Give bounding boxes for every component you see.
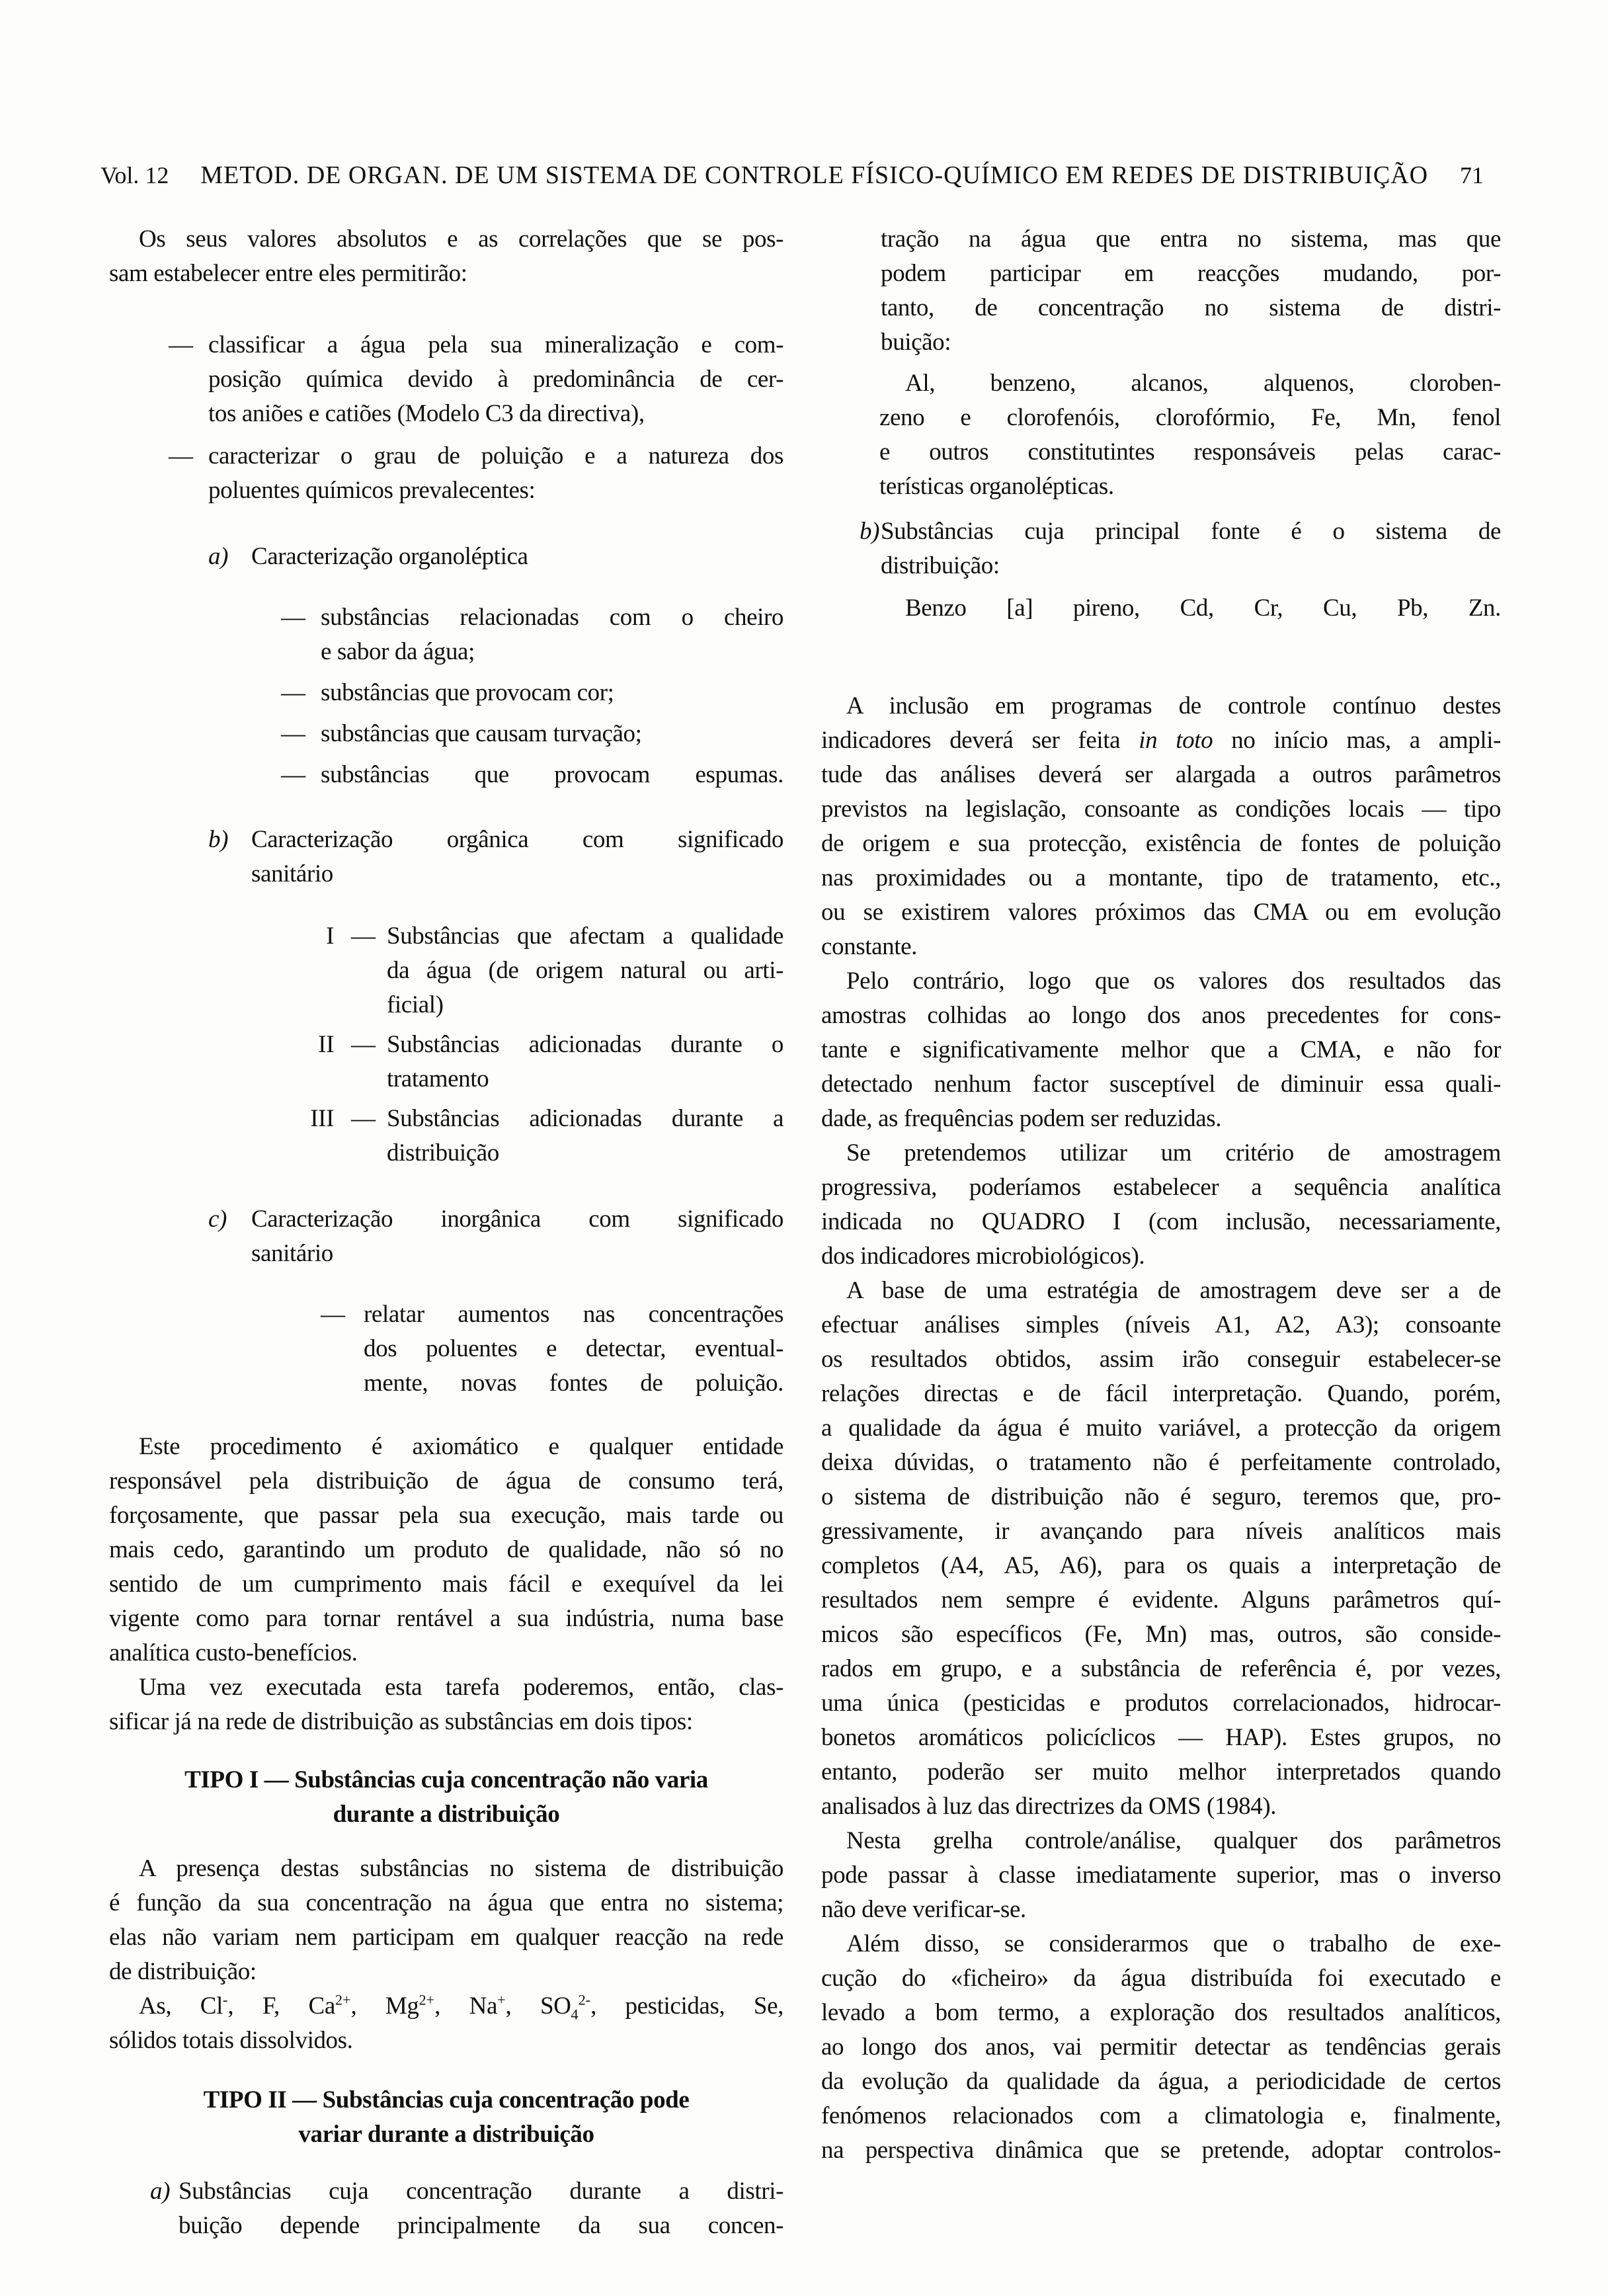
text-line: Caracterização orgânica com significado xyxy=(251,823,784,857)
paragraph: Pelo contrário, logo que os valores dos … xyxy=(821,964,1501,1136)
ion-formula-line: As, Cl-, F, Ca2+, Mg2+, Na+, SO42-, pest… xyxy=(109,1989,784,2024)
dash-marker: — xyxy=(281,676,305,710)
text-line: buição depende principalmente da sua con… xyxy=(179,2209,784,2243)
text-fragment: indicadores deverá ser feita xyxy=(821,727,1139,754)
text-line: de origem e sua protecção, existência de… xyxy=(821,827,1501,861)
text-line: tanto, de concentração no sistema de dis… xyxy=(881,291,1501,325)
heading-line: durante a distribuição xyxy=(109,1797,784,1832)
text-line: Al, benzeno, alcanos, alquenos, cloroben… xyxy=(879,366,1501,401)
text-fragment: , Na xyxy=(434,1992,497,2020)
item-label: b) xyxy=(208,823,228,857)
text-line: substâncias que causam turvação; xyxy=(321,717,784,751)
text-line: da água (de origem natural ou arti- xyxy=(387,954,784,988)
text-line: indicadores deverá ser feita in toto no … xyxy=(821,723,1501,758)
list-item-b: b) Substâncias cuja principal fonte é o … xyxy=(821,514,1501,583)
text-line: resultados nem sempre é evidente. Alguns… xyxy=(821,1583,1501,1618)
text-line: tratamento xyxy=(387,1062,784,1096)
text-line: podem participar em reacções mudando, po… xyxy=(881,257,1501,291)
text-line: relatar aumentos nas concentrações xyxy=(364,1297,784,1332)
superscript: 2+ xyxy=(335,1992,351,2008)
text-line: ou se existirem valores próximos das CMA… xyxy=(821,895,1501,930)
list-item-c: c) Caracterização inorgânica com signifi… xyxy=(109,1202,784,1271)
text-line: sam estabelecer entre eles permitirão: xyxy=(109,257,784,291)
roman-numeral: I xyxy=(268,919,334,954)
text-line: levado a bom termo, a exploração dos res… xyxy=(821,1996,1501,2030)
section-heading-tipo1: TIPO I — Substâncias cuja concentração n… xyxy=(109,1763,784,1832)
item-label: a) xyxy=(208,540,228,574)
item-continuation: tração na água que entra no sistema, mas… xyxy=(821,222,1501,360)
text-line: posição química devido à predominância d… xyxy=(208,362,784,397)
text-line: pode passar à classe imediatamente super… xyxy=(821,1858,1501,1893)
paragraph: A inclusão em programas de controle cont… xyxy=(821,689,1501,964)
text-line: progressiva, poderíamos estabelecer a se… xyxy=(821,1170,1501,1205)
dash-marker: — xyxy=(281,600,305,635)
text-line: tante e significativamente melhor que a … xyxy=(821,1033,1501,1067)
text-line: terísticas organolépticas. xyxy=(879,470,1501,504)
dash-marker: — xyxy=(351,919,376,954)
text-line: ao longo dos anos, vai permitir detectar… xyxy=(821,2030,1501,2065)
text-line: Caracterização organoléptica xyxy=(251,540,784,574)
roman-numeral: III xyxy=(268,1102,334,1136)
text-line: distribuição: xyxy=(881,549,1501,583)
text-line: ficial) xyxy=(387,988,784,1022)
text-line: relações directas e de fácil interpretaç… xyxy=(821,1377,1501,1411)
item-label: c) xyxy=(208,1202,227,1237)
italic-phrase: in toto xyxy=(1139,727,1213,754)
superscript: + xyxy=(497,1992,506,2008)
text-line: Se pretendemos utilizar um critério de a… xyxy=(821,1136,1501,1170)
paragraph: Nesta grelha controle/análise, qualquer … xyxy=(821,1824,1501,1927)
dash-marker: — xyxy=(281,758,305,792)
text-line: Substâncias adicionadas durante a xyxy=(387,1102,784,1136)
text-line: na perspectiva dinâmica que se pretende,… xyxy=(821,2133,1501,2168)
text-line: Uma vez executada esta tarefa poderemos,… xyxy=(109,1670,784,1705)
roman-list-item: II — Substâncias adicionadas durante o t… xyxy=(109,1028,784,1096)
text-line: entanto, poderão ser muito melhor interp… xyxy=(821,1755,1501,1789)
text-line: a qualidade da água é muito variável, a … xyxy=(821,1411,1501,1446)
text-line: gressivamente, ir avançando para níveis … xyxy=(821,1514,1501,1549)
roman-list-item: III — Substâncias adicionadas durante a … xyxy=(109,1102,784,1170)
text-line: bonetos aromáticos policíclicos — HAP). … xyxy=(821,1721,1501,1755)
item-label: b) xyxy=(860,514,879,549)
text-line: elas não variam nem participam em qualqu… xyxy=(109,1920,784,1955)
text-line: não deve verificar-se. xyxy=(821,1893,1501,1927)
dash-marker: — xyxy=(169,328,193,362)
text-line: e outros constitutintes responsáveis pel… xyxy=(879,435,1501,470)
paragraph: A presença destas substâncias no sistema… xyxy=(109,1852,784,1989)
text-line: Pelo contrário, logo que os valores dos … xyxy=(821,964,1501,999)
text-line: uma única (pesticidas e produtos correla… xyxy=(821,1686,1501,1721)
section-heading-tipo2: TIPO II — Substâncias cuja concentração … xyxy=(109,2083,784,2152)
text-line: vigente como para tornar rentável a sua … xyxy=(109,1602,784,1636)
text-line: dos poluentes e detectar, eventual- xyxy=(364,1332,784,1366)
substance-list: Al, benzeno, alcanos, alquenos, cloroben… xyxy=(821,366,1501,504)
superscript: 2+ xyxy=(419,1992,435,2008)
volume-label: Vol. 12 xyxy=(100,161,169,189)
text-line: dos indicadores microbiológicos). xyxy=(821,1239,1501,1274)
text-line: tração na água que entra no sistema, mas… xyxy=(881,222,1501,257)
text-line: da evolução da qualidade da água, a peri… xyxy=(821,2065,1501,2099)
text-line: Os seus valores absolutos e as correlaçõ… xyxy=(109,222,784,257)
list-item: — caracterizar o grau de poluição e a na… xyxy=(109,439,784,508)
text-line: deixa dúvidas, o tratamento não é perfei… xyxy=(821,1446,1501,1480)
dash-marker: — xyxy=(281,717,305,751)
heading-line: variar durante a distribuição xyxy=(109,2117,784,2152)
text-line: A base de uma estratégia de amostragem d… xyxy=(821,1274,1501,1308)
text-line: Caracterização inorgânica com significad… xyxy=(251,1202,784,1237)
text-line: zeno e clorofenóis, clorofórmio, Fe, Mn,… xyxy=(879,401,1501,435)
text-line: detectado nenhum factor susceptível de d… xyxy=(821,1067,1501,1102)
list-item: — substâncias que causam turvação; xyxy=(109,717,784,751)
text-line: nas proximidades ou a montante, tipo de … xyxy=(821,861,1501,895)
text-line: efectuar análises simples (níveis A1, A2… xyxy=(821,1308,1501,1342)
text-line: amostras colhidas ao longo dos anos prec… xyxy=(821,999,1501,1033)
dash-marker: — xyxy=(351,1102,376,1136)
page-header: Vol. 12 METOD. DE ORGAN. DE UM SISTEMA D… xyxy=(100,161,1484,190)
roman-list-item: I — Substâncias que afectam a qualidade … xyxy=(109,919,784,1022)
text-line: rados em grupo, e a substância de referê… xyxy=(821,1652,1501,1686)
dash-marker: — xyxy=(351,1028,376,1062)
text-line: A inclusão em programas de controle cont… xyxy=(821,689,1501,723)
list-item-b: b) Caracterização orgânica com significa… xyxy=(109,823,784,891)
text-line: previstos na legislação, consoante as co… xyxy=(821,792,1501,827)
text-line: Além disso, se considerarmos que o traba… xyxy=(821,1927,1501,1961)
text-line: tos aniões e catiões (Modelo C3 da direc… xyxy=(208,397,784,431)
text-line: micos são específicos (Fe, Mn) mas, outr… xyxy=(821,1618,1501,1652)
paragraph: As, Cl-, F, Ca2+, Mg2+, Na+, SO42-, pest… xyxy=(109,1989,784,2058)
roman-numeral: II xyxy=(268,1028,334,1062)
dash-marker: — xyxy=(169,439,193,473)
text-line: os resultados obtidos, assim irão conseg… xyxy=(821,1342,1501,1377)
text-line: classificar a água pela sua mineralizaçã… xyxy=(208,328,784,362)
text-line: Nesta grelha controle/análise, qualquer … xyxy=(821,1824,1501,1858)
text-fragment: no início mas, a ampli- xyxy=(1213,727,1501,754)
text-line: substâncias que provocam espumas. xyxy=(321,758,784,792)
text-fragment: , Mg xyxy=(350,1992,419,2020)
text-line: forçosamente, que passar pela sua execuç… xyxy=(109,1498,784,1533)
paragraph: Uma vez executada esta tarefa poderemos,… xyxy=(109,1670,784,1739)
list-item: — relatar aumentos nas concentrações dos… xyxy=(109,1297,784,1401)
text-line: dade, as frequências podem ser reduzidas… xyxy=(821,1102,1501,1136)
text-fragment: , F, Ca xyxy=(227,1992,335,2020)
text-line: responsável pela distribuição de água de… xyxy=(109,1464,784,1498)
text-line: Substâncias cuja concentração durante a … xyxy=(179,2174,784,2209)
text-line: sólidos totais dissolvidos. xyxy=(109,2024,784,2058)
paragraph: A base de uma estratégia de amostragem d… xyxy=(821,1274,1501,1824)
list-item: — substâncias que provocam espumas. xyxy=(109,758,784,792)
paragraph: Além disso, se considerarmos que o traba… xyxy=(821,1927,1501,2168)
list-item-a: a) Substâncias cuja concentração durante… xyxy=(109,2174,784,2243)
running-title: METOD. DE ORGAN. DE UM SISTEMA DE CONTRO… xyxy=(169,161,1460,190)
list-item: — substâncias que provocam cor; xyxy=(109,676,784,710)
heading-line: TIPO II — Substâncias cuja concentração … xyxy=(109,2083,784,2117)
text-line: distribuição xyxy=(387,1136,784,1170)
scanned-journal-page: Vol. 12 METOD. DE ORGAN. DE UM SISTEMA D… xyxy=(0,0,1608,2296)
paragraph: Este procedimento é axiomático e qualque… xyxy=(109,1430,784,1670)
text-fragment: , SO xyxy=(506,1992,571,2020)
text-fragment: , pesticidas, Se, xyxy=(590,1992,784,2020)
text-line: mais cedo, garantindo um produto de qual… xyxy=(109,1533,784,1567)
text-line: Substâncias que afectam a qualidade xyxy=(387,919,784,954)
text-line: analítica custo-benefícios. xyxy=(109,1636,784,1670)
text-line: completos (A4, A5, A6), para os quais a … xyxy=(821,1549,1501,1583)
text-line: sanitário xyxy=(251,1237,784,1271)
text-line: poluentes químicos prevalecentes: xyxy=(208,473,784,508)
text-line: o sistema de distribuição não é seguro, … xyxy=(821,1480,1501,1514)
text-line: fenómenos relacionados com a climatologi… xyxy=(821,2099,1501,2133)
text-fragment: As, Cl xyxy=(139,1992,223,2020)
text-line: é função da sua concentração na água que… xyxy=(109,1886,784,1920)
text-line: Substâncias cuja principal fonte é o sis… xyxy=(881,514,1501,549)
text-line: substâncias que provocam cor; xyxy=(321,676,784,710)
text-line: buição: xyxy=(881,325,1501,360)
page-number: 71 xyxy=(1460,161,1484,189)
subscript: 4 xyxy=(571,2006,578,2022)
text-line: e sabor da água; xyxy=(321,635,784,669)
heading-line: TIPO I — Substâncias cuja concentração n… xyxy=(109,1763,784,1797)
text-line: cução do «ficheiro» da água distribuída … xyxy=(821,1961,1501,1996)
text-line: substâncias relacionadas com o cheiro xyxy=(321,600,784,635)
text-line: A presença destas substâncias no sistema… xyxy=(109,1852,784,1886)
dash-marker: — xyxy=(321,1297,345,1332)
paragraph: Os seus valores absolutos e as correlaçõ… xyxy=(109,222,784,291)
text-line: mente, novas fontes de poluição. xyxy=(364,1366,784,1401)
paragraph: Se pretendemos utilizar um critério de a… xyxy=(821,1136,1501,1274)
superscript: 2- xyxy=(579,1992,590,2008)
text-line: caracterizar o grau de poluição e a natu… xyxy=(208,439,784,473)
text-line: sificar já na rede de distribuição as su… xyxy=(109,1705,784,1739)
list-item-a: a) Caracterização organoléptica xyxy=(109,540,784,574)
text-line: constante. xyxy=(821,930,1501,964)
text-line: indicada no QUADRO I (com inclusão, nece… xyxy=(821,1205,1501,1239)
list-item: — classificar a água pela sua mineraliza… xyxy=(109,328,784,431)
item-label: a) xyxy=(150,2174,170,2209)
substance-list: Benzo [a] pireno, Cd, Cr, Cu, Pb, Zn. xyxy=(821,591,1501,626)
text-line: analisados à luz das directrizes da OMS … xyxy=(821,1789,1501,1824)
list-item: — substâncias relacionadas com o cheiro … xyxy=(109,600,784,669)
text-line: de distribuição: xyxy=(109,1955,784,1989)
text-line: Benzo [a] pireno, Cd, Cr, Cu, Pb, Zn. xyxy=(905,591,1501,626)
left-column: Os seus valores absolutos e as correlaçõ… xyxy=(109,222,784,2243)
text-line: tude das análises deverá ser alargada a … xyxy=(821,758,1501,792)
right-column: tração na água que entra no sistema, mas… xyxy=(821,222,1501,2168)
text-line: Substâncias adicionadas durante o xyxy=(387,1028,784,1062)
text-line: Este procedimento é axiomático e qualque… xyxy=(109,1430,784,1464)
text-line: sanitário xyxy=(251,857,784,891)
text-line: sentido de um cumprimento mais fácil e e… xyxy=(109,1567,784,1602)
